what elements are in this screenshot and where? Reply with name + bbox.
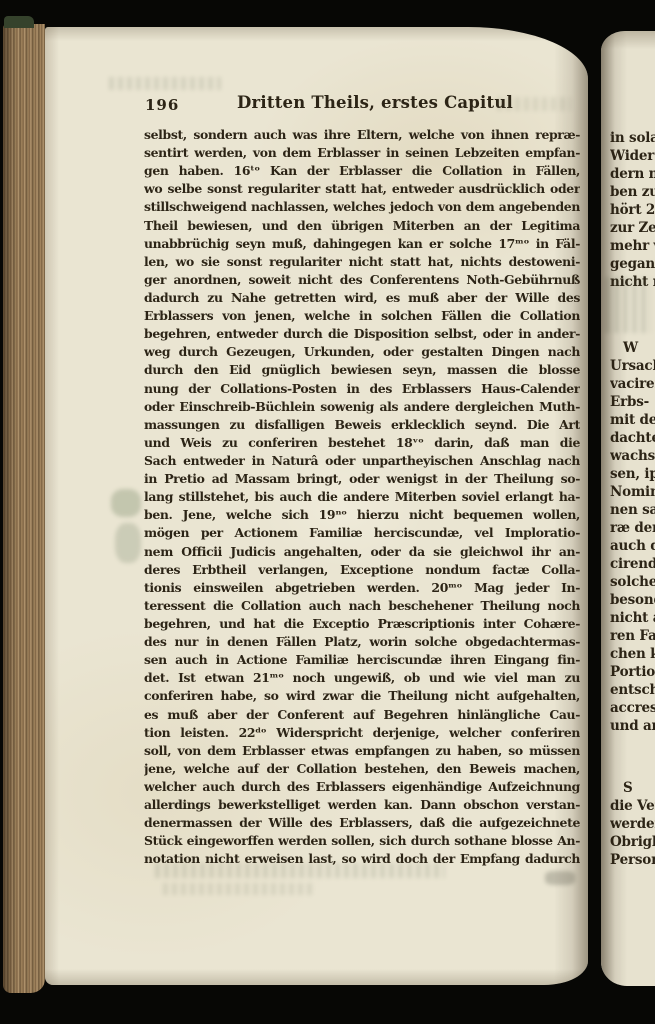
text-line: mögen per Actionem Familiæ herciscundæ, … <box>144 524 580 542</box>
text-line: und Weis zu conferiren bestehet 18ᵛᵒ dar… <box>144 434 580 452</box>
text-line: entschla <box>610 681 655 699</box>
text-line: sentirt werden, von dem Erblasser in sei… <box>144 144 580 162</box>
text-line: mit dem <box>610 411 655 429</box>
text-line: dadurch zu Nahe getretten wird, es muß a… <box>144 289 580 307</box>
show-through-smudge <box>545 871 575 885</box>
text-line: notation nicht erweisen last, so wird do… <box>144 850 580 868</box>
text-line: teressent die Collation auch nach besche… <box>144 597 580 615</box>
text-line: selbst, sondern auch was ihre Eltern, we… <box>144 126 580 144</box>
text-line: lang stillstehet, bis auch die andere Mi… <box>144 488 580 506</box>
text-line: massungen zu disfalligen Beweis erkleckl… <box>144 416 580 434</box>
text-line: besonder <box>610 591 655 609</box>
text-line: dern nu <box>610 165 655 183</box>
text-line: gegang <box>610 255 655 273</box>
text-line: begehren, entweder durch die Disposition… <box>144 325 580 343</box>
text-line: Nomin <box>610 483 655 501</box>
text-line: die Ver <box>610 797 655 815</box>
book-cover-edge <box>4 16 34 28</box>
book-page-edges <box>3 24 45 993</box>
text-line: Portion <box>610 663 655 681</box>
text-line: mehr v <box>610 237 655 255</box>
text-line: Theil bewiesen, und den übrigen Miterben… <box>144 217 580 235</box>
text-line: chen kan <box>610 645 655 663</box>
text-line: nem Officii Judicis angehalten, oder da … <box>144 543 580 561</box>
text-line: wachs l <box>610 447 655 465</box>
text-line: und and <box>610 717 655 735</box>
show-through-smudge <box>163 883 313 895</box>
text-line: unabbrüchig seyn muß, dahingegen kan er … <box>144 235 580 253</box>
text-line: hört 24 <box>610 201 655 219</box>
text-line: jene, welche auf der Collation bestehen,… <box>144 760 580 778</box>
text-line: solchen <box>610 573 655 591</box>
text-line: Erblassers von jenen, welche in solchen … <box>144 307 580 325</box>
text-line: gen haben. 16ᵗᵒ Kan der Erblasser die Co… <box>144 162 580 180</box>
text-line: sen, ip <box>610 465 655 483</box>
book-scan: { "header": { "page_number": "196", "tit… <box>0 0 655 1024</box>
text-line: nicht al <box>610 609 655 627</box>
text-line: denermassen der Wille des Erblassers, da… <box>144 814 580 832</box>
text-line: Erbs- <box>610 393 655 411</box>
book-page-left: 196 Dritten Theils, erstes Capitul selbs… <box>45 27 588 985</box>
text-line: werden <box>610 815 655 833</box>
text-line: welcher auch durch des Erblassers eigenh… <box>144 778 580 796</box>
text-line: Sach entweder in Naturâ oder unpartheyis… <box>144 452 580 470</box>
show-through-smudge <box>115 523 141 563</box>
text-line: auch da <box>610 537 655 555</box>
page-number: 196 <box>145 96 179 114</box>
text-line: wo selbe sonst regulariter statt hat, en… <box>144 180 580 198</box>
text-line: weg durch Gezeugen, Urkunden, oder gesta… <box>144 343 580 361</box>
page-title: Dritten Theils, erstes Capitul <box>223 93 527 112</box>
text-line: stillschweigend nachlassen, welches jedo… <box>144 198 580 216</box>
body-text: selbst, sondern auch was ihre Eltern, we… <box>144 126 580 868</box>
text-line: ræ dene <box>610 519 655 537</box>
text-line: dachter <box>610 429 655 447</box>
show-through-smudge <box>109 77 221 90</box>
text-line: zur Ze <box>610 219 655 237</box>
facing-page-fragments: WUrsach,vacirenErbs-mit demdachterwachs … <box>610 339 655 735</box>
text-line: ren Fav <box>610 627 655 645</box>
text-line: accresci <box>610 699 655 717</box>
text-line: nen sam <box>610 501 655 519</box>
text-line: conferiren habe, so wird zwar die Theilu… <box>144 687 580 705</box>
text-line: S <box>610 779 655 797</box>
text-line: allerdings bewerkstelliget werden kan. D… <box>144 796 580 814</box>
book-page-right-sliver: in solanWiderdern nuben zurhört 24zur Ze… <box>601 31 655 986</box>
text-line: tionis einsweilen abgetrieben werden. 20… <box>144 579 580 597</box>
text-line: nung der Collations-Posten in des Erblas… <box>144 380 580 398</box>
text-line: ben zur <box>610 183 655 201</box>
facing-page-fragments: Sdie VerwerdenObrigkePersone <box>610 779 655 869</box>
text-line: begehren, und hat die Exceptio Præscript… <box>144 615 580 633</box>
show-through-smudge <box>111 489 141 517</box>
text-line: deres Erbtheil verlangen, Exceptione non… <box>144 561 580 579</box>
text-line: ben. Jene, welche sich 19ⁿᵒ hierzu nicht… <box>144 506 580 524</box>
text-line: es muß aber der Conferent auf Begehren h… <box>144 706 580 724</box>
text-line: cirenden <box>610 555 655 573</box>
text-line: vaciren <box>610 375 655 393</box>
text-line: soll, von dem Erblasser etwas empfangen … <box>144 742 580 760</box>
text-line: det. Ist etwan 21ᵐᵒ noch ungewiß, ob und… <box>144 669 580 687</box>
text-line: sen auch in Actione Familiæ herciscundæ … <box>144 651 580 669</box>
text-line: durch den Eid gnüglich bewiesen seyn, ma… <box>144 361 580 379</box>
text-line: tion leisten. 22ᵈᵒ Widerspricht derjenig… <box>144 724 580 742</box>
text-line: Obrigke <box>610 833 655 851</box>
text-line: Wider <box>610 147 655 165</box>
text-line: nicht re <box>610 273 655 291</box>
text-line: des nur in denen Fällen Platz, worin sol… <box>144 633 580 651</box>
facing-page-fragments: in solanWiderdern nuben zurhört 24zur Ze… <box>610 129 655 291</box>
text-line: Stück eingeworffen werden sollen, sich d… <box>144 832 580 850</box>
text-line: in Pretio ad Massam bringt, oder wenigst… <box>144 470 580 488</box>
text-line: len, wo sie sonst regulariter nicht stat… <box>144 253 580 271</box>
text-line: W <box>610 339 655 357</box>
text-line: Ursach, <box>610 357 655 375</box>
text-line: Persone <box>610 851 655 869</box>
text-line: in solan <box>610 129 655 147</box>
text-line: oder Einschreib-Büchlein sowenig als and… <box>144 398 580 416</box>
text-line: ger anordnen, soweit nicht des Conferent… <box>144 271 580 289</box>
